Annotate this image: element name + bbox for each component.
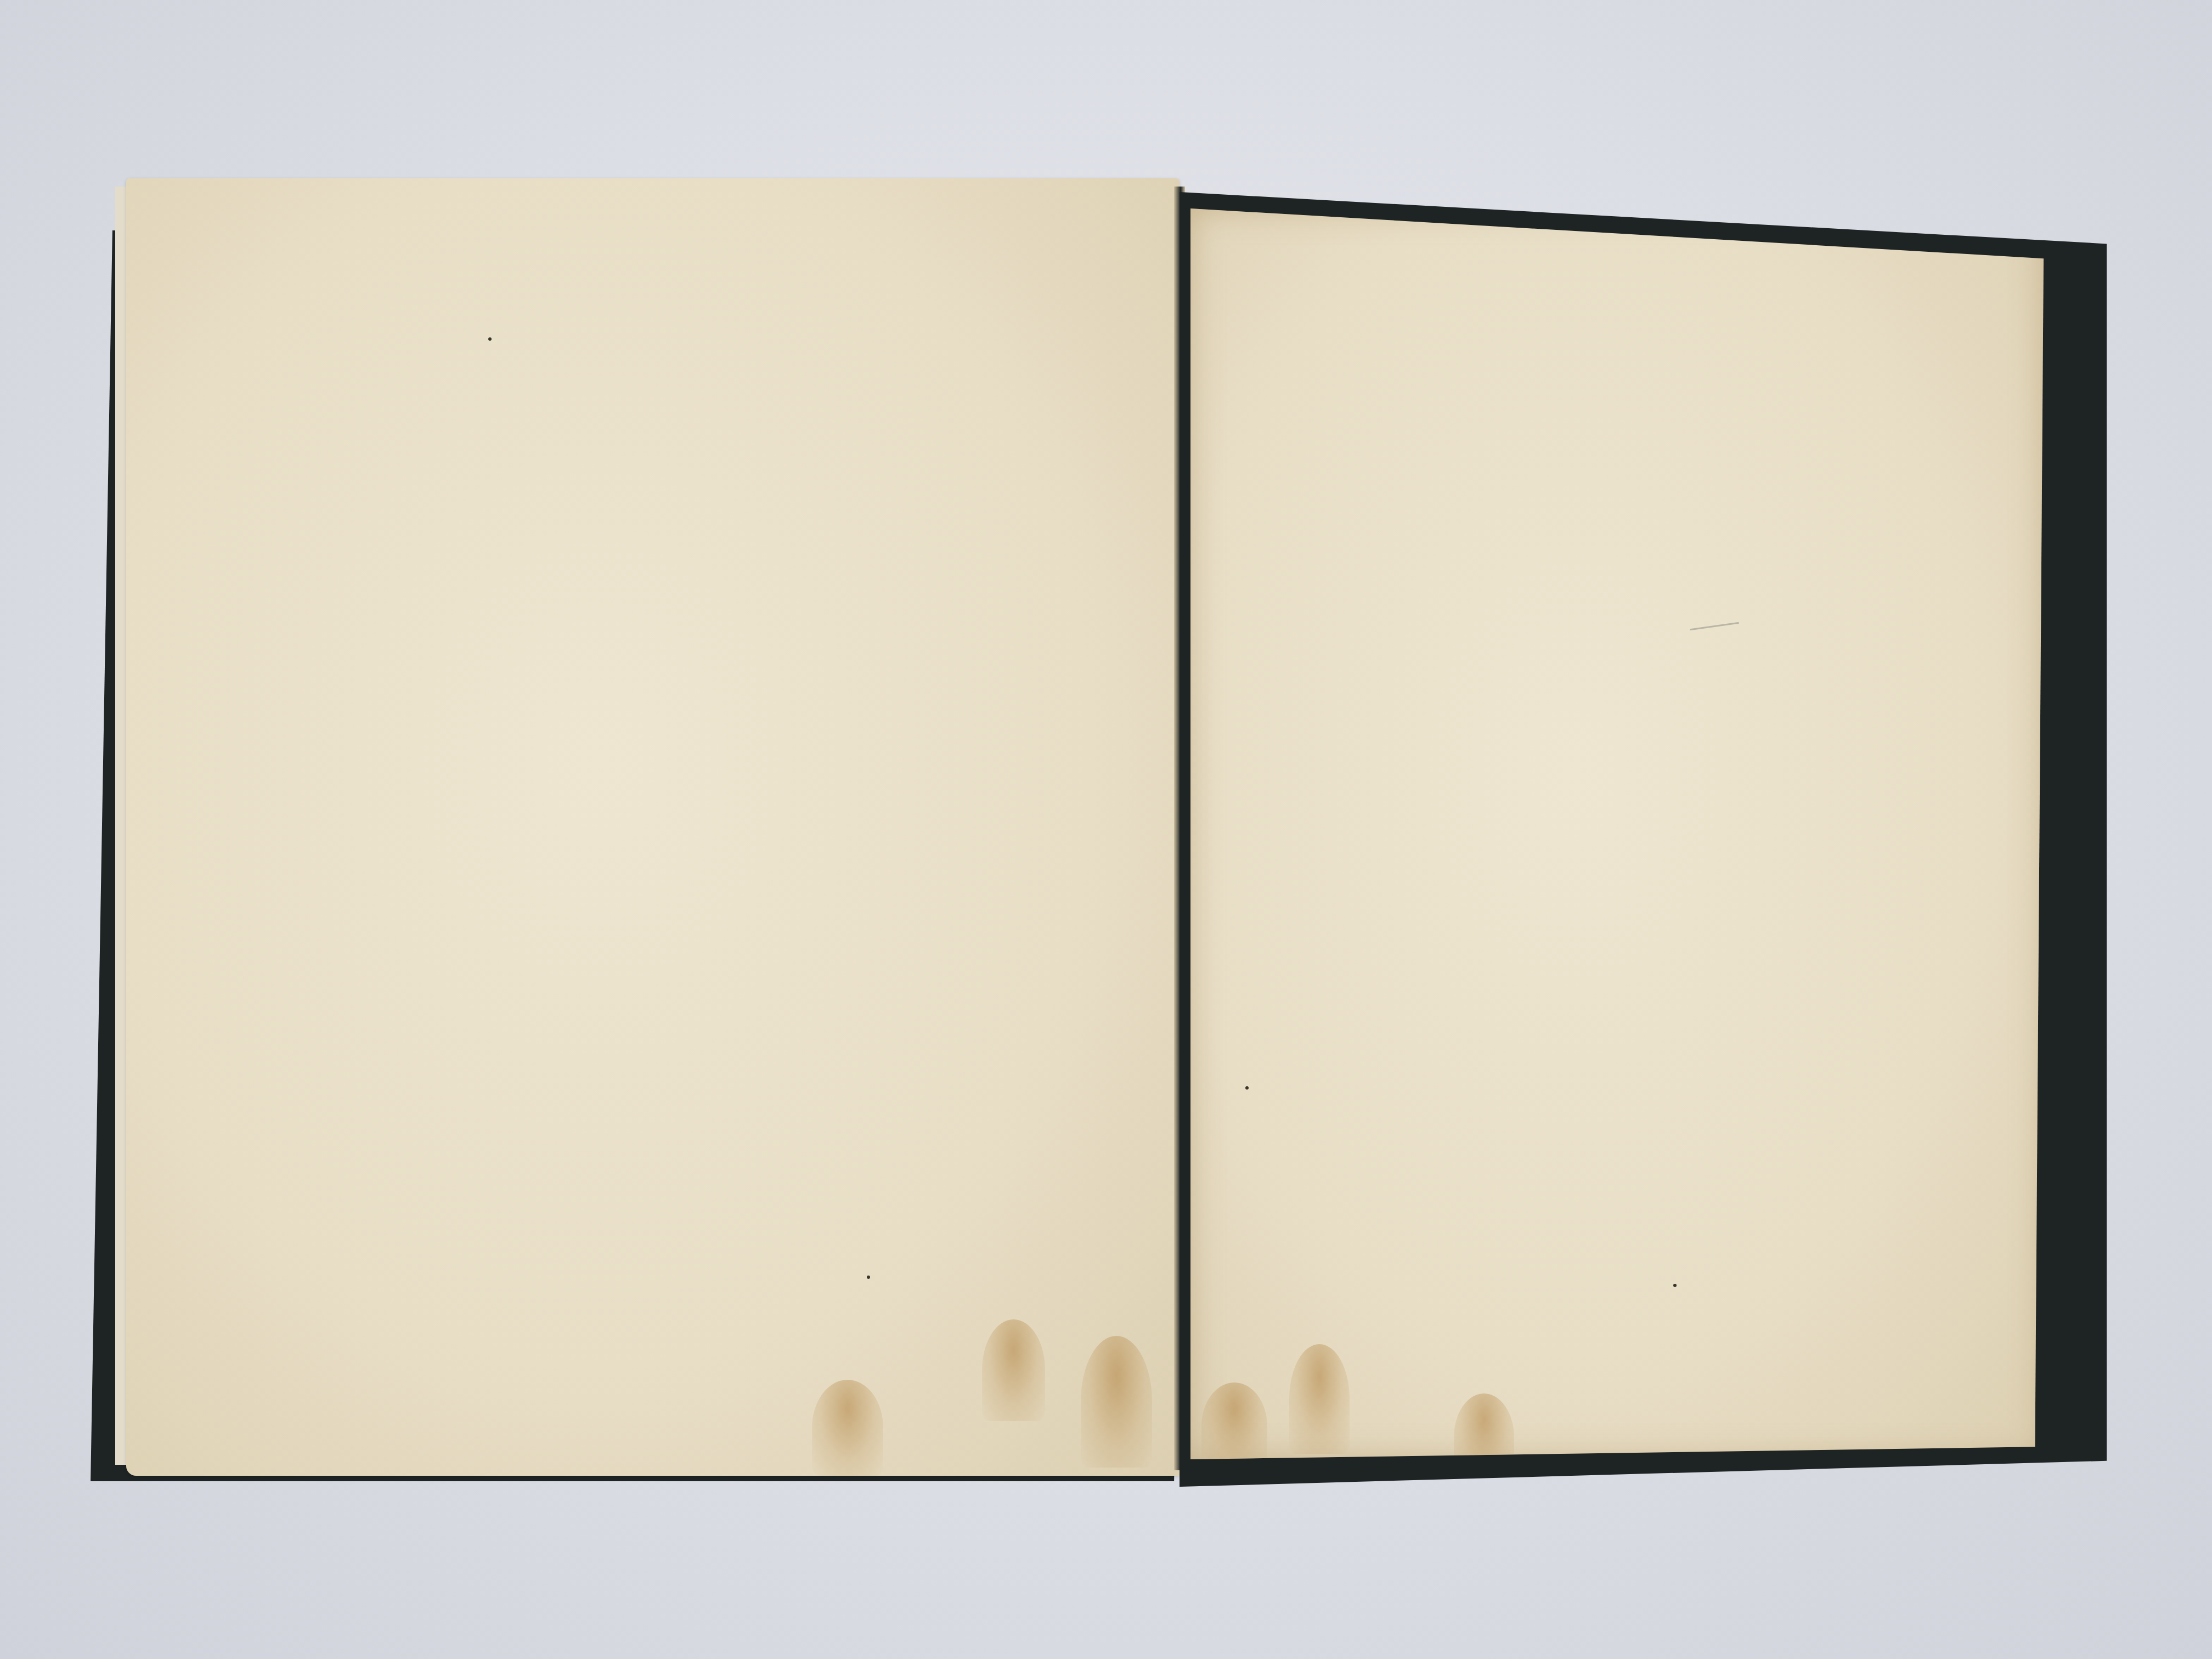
right-page [1190, 208, 2044, 1459]
water-stain [1201, 1383, 1267, 1470]
water-stain [982, 1319, 1045, 1421]
ink-fleck [867, 1276, 870, 1279]
ink-fleck [1673, 1284, 1677, 1287]
ink-fleck [488, 337, 492, 341]
left-page [126, 178, 1180, 1476]
pencil-mark [1690, 622, 1739, 630]
water-stain [1081, 1336, 1152, 1468]
water-stain [812, 1380, 883, 1476]
ink-fleck [1245, 1086, 1249, 1090]
water-stain [1289, 1344, 1350, 1454]
